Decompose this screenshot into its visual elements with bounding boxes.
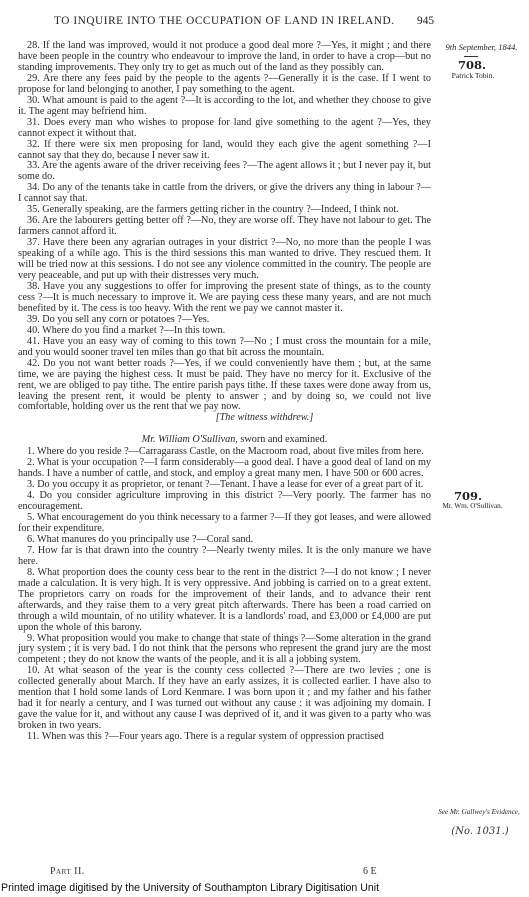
witness-number-709: 709. [448,489,488,503]
paragraph: 38. Have you any suggestions to offer fo… [18,282,431,315]
witness-name-margin-1: Patrick Tobin. [438,71,508,80]
footer-signature: 6 E [363,866,377,877]
witness-number-708: 708. [452,58,492,72]
paragraph: 33. Are the agents aware of the driver r… [18,161,431,183]
page-number: 945 [417,15,434,27]
paragraph: 10. At what season of the year is the co… [18,666,431,732]
paragraph: 4. Do you consider agriculture improving… [18,491,431,513]
paragraph: 41. Have you an easy way of coming to th… [18,337,431,359]
paragraph: 8. What proportion does the county cess … [18,568,431,634]
cross-reference-note: See Mr. Gallwey's Evidence, [430,808,528,817]
paragraph: 29. Are there any fees paid by the peopl… [18,74,431,96]
witness-heading: Mr. William O'Sullivan, sworn and examin… [18,435,431,446]
margin-date: 9th September, 1844. [434,42,529,52]
paragraph: 9. What proposition would you make to ch… [18,634,431,667]
paragraph: 7. How far is that drawn into the countr… [18,546,431,568]
witness-name-margin-2: Mr. Wm. O'Sullivan. [435,502,510,510]
paragraph: 30. What amount is paid to the agent ?—I… [18,96,431,118]
paragraph: 11. When was this ?—Four years ago. Ther… [18,732,431,743]
header-title: TO INQUIRE INTO THE OCCUPATION OF LAND I… [54,15,395,27]
footer-part: Part II. [50,866,85,877]
paragraph: 28. If the land was improved, would it n… [18,41,431,74]
paragraph: 42. Do you not want better roads ?—Yes, … [18,359,431,414]
handwritten-reference: (No. 1031.) [440,826,520,837]
page-body: 28. If the land was improved, would it n… [18,41,431,743]
running-header: TO INQUIRE INTO THE OCCUPATION OF LAND I… [54,15,434,27]
paragraph: 31. Does every man who wishes to propose… [18,118,431,140]
witness-withdrew-note: [The witness withdrew.] [18,413,431,424]
paragraph: 36. Are the labourers getting better off… [18,216,431,238]
paragraph: 2. What is your occupation ?—I farm cons… [18,458,431,480]
margin-rule [464,56,478,57]
witness-name: Mr. William O'Sullivan, [142,434,238,445]
paragraph: 34. Do any of the tenants take in cattle… [18,183,431,205]
margin-date-text: 9th September, 1844. [445,42,517,52]
paragraph: 32. If there were six men proposing for … [18,140,431,162]
paragraph: 5. What encouragement do you think neces… [18,513,431,535]
digitisation-credit: Printed image digitised by the Universit… [1,882,379,894]
witness-heading-rest: sworn and examined. [238,434,327,445]
paragraph: 37. Have there been any agrarian outrage… [18,238,431,282]
